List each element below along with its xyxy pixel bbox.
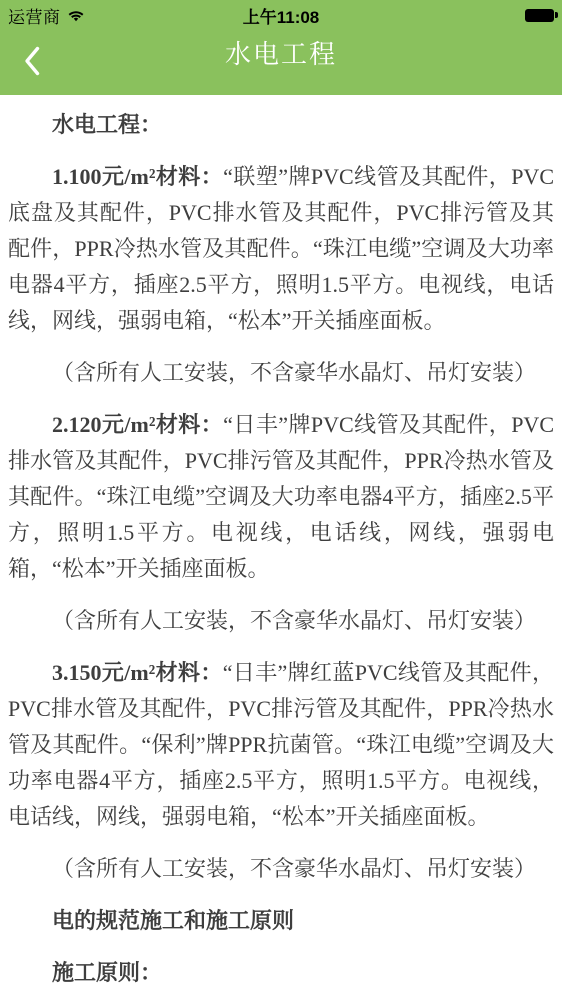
app-header: 运营商 上午11:08 [0, 0, 562, 95]
paragraph-lead: 3.150元/m²材料： [52, 660, 223, 685]
section-heading-principles: 施工原则： [8, 955, 554, 991]
status-time: 上午11:08 [158, 3, 404, 28]
paragraph-materials-120: 2.120元/m²材料：“日丰”牌PVC线管及其配件，PVC排水管及其配件，PV… [8, 407, 554, 587]
battery-full-icon [525, 9, 554, 22]
app-screen: 运营商 上午11:08 [0, 0, 562, 1000]
status-bar-left: 运营商 [8, 3, 158, 28]
wifi-icon [67, 8, 85, 22]
note-install-2: （含所有人工安装，不含豪华水晶灯、吊灯安装） [8, 603, 554, 639]
paragraph-lead: 2.120元/m²材料： [52, 412, 223, 437]
page-title: 水电工程 [0, 34, 562, 71]
status-bar-right [404, 9, 554, 22]
carrier-label: 运营商 [8, 3, 61, 28]
nav-bar: 水电工程 [0, 28, 562, 95]
paragraph-text: “日丰”牌PVC线管及其配件，PVC排水管及其配件，PVC排污管及其配件，PPR… [8, 412, 554, 581]
paragraph-lead: 1.100元/m²材料： [52, 164, 223, 189]
doc-heading: 水电工程： [8, 107, 554, 143]
section-heading-electric-rules: 电的规范施工和施工原则 [8, 903, 554, 939]
note-install-3: （含所有人工安装，不含豪华水晶灯、吊灯安装） [8, 851, 554, 887]
paragraph-text: “日丰”牌红蓝PVC线管及其配件，PVC排水管及其配件，PVC排污管及其配件，P… [8, 660, 554, 829]
document-body[interactable]: 水电工程： 1.100元/m²材料：“联塑”牌PVC线管及其配件，PVC底盘及其… [0, 95, 562, 1000]
note-install-1: （含所有人工安装，不含豪华水晶灯、吊灯安装） [8, 355, 554, 391]
status-bar: 运营商 上午11:08 [0, 0, 562, 28]
paragraph-text: “联塑”牌PVC线管及其配件，PVC底盘及其配件，PVC排水管及其配件，PVC排… [8, 164, 554, 333]
paragraph-materials-100: 1.100元/m²材料：“联塑”牌PVC线管及其配件，PVC底盘及其配件，PVC… [8, 159, 554, 339]
paragraph-materials-150: 3.150元/m²材料：“日丰”牌红蓝PVC线管及其配件，PVC排水管及其配件，… [8, 655, 554, 835]
